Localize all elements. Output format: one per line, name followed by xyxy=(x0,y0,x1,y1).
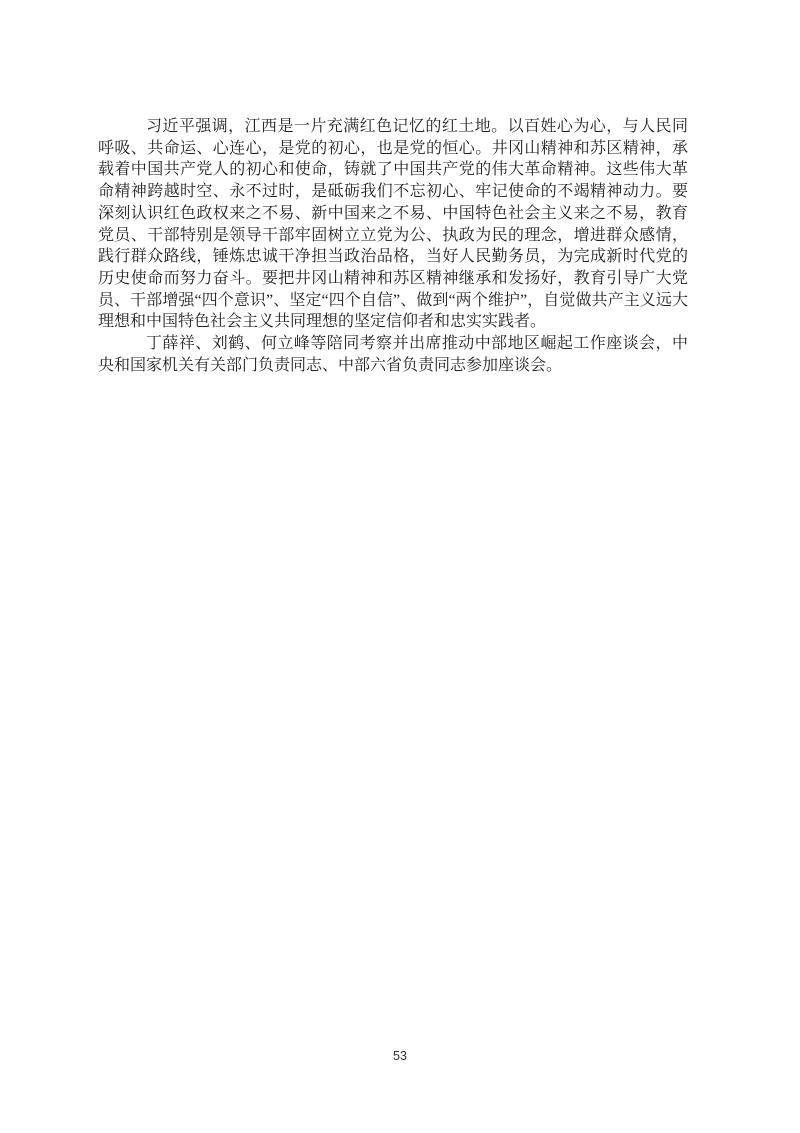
paragraph: 丁薛祥、刘鹤、何立峰等陪同考察并出席推动中部地区崛起工作座谈会，中央和国家机关有… xyxy=(98,333,688,376)
page-number: 53 xyxy=(0,1049,800,1063)
document-body: 习近平强调，江西是一片充满红色记忆的红土地。以百姓心为心，与人民同呼吸、共命运、… xyxy=(98,116,688,376)
document-page: 习近平强调，江西是一片充满红色记忆的红土地。以百姓心为心，与人民同呼吸、共命运、… xyxy=(0,0,800,1133)
paragraph: 习近平强调，江西是一片充满红色记忆的红土地。以百姓心为心，与人民同呼吸、共命运、… xyxy=(98,116,688,333)
